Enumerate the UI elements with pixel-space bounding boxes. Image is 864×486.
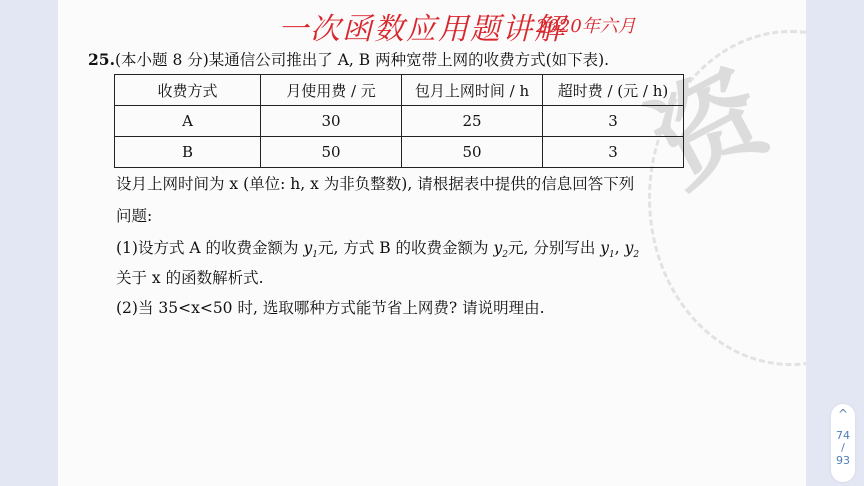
fee-table: 收费方式 月使用费 / 元 包月上网时间 / h 超时费 / (元 / h) A…	[114, 74, 684, 168]
part1-line-1: (1)设方式 A 的收费金额为 y1元, 方式 B 的收费金额为 y2元, 分别…	[116, 236, 639, 260]
table-cell: A	[115, 106, 261, 137]
total-pages: 93	[836, 454, 850, 467]
table-cell: 3	[543, 137, 684, 168]
handwritten-title: 一次函数应用题讲解	[278, 4, 566, 48]
question-intro-text: (本小题 8 分)某通信公司推出了 A, B 两种宽带上网的收费方式(如下表).	[115, 51, 609, 69]
var-y1-ref: y1	[600, 239, 615, 257]
part1-text-b: 元, 方式 B 的收费金额为	[318, 239, 494, 257]
table-cell: 3	[543, 106, 684, 137]
table-cell: 30	[261, 106, 402, 137]
var-y1: y1	[303, 239, 318, 257]
var-y2: y2	[493, 239, 508, 257]
question-number: 25.	[88, 50, 115, 69]
page-navigator[interactable]: ^ 74 / 93	[831, 404, 855, 482]
setup-line-1: 设月上网时间为 x (单位: h, x 为非负整数), 请根据表中提供的信息回答…	[116, 172, 634, 194]
part2-line: (2)当 35<x<50 时, 选取哪种方式能节省上网费? 请说明理由.	[116, 296, 545, 318]
table-row: B 50 50 3	[115, 137, 684, 168]
table-header-row: 收费方式 月使用费 / 元 包月上网时间 / h 超时费 / (元 / h)	[115, 75, 684, 106]
table-header: 月使用费 / 元	[261, 75, 402, 106]
table-cell: B	[115, 137, 261, 168]
table-cell: 50	[402, 137, 543, 168]
table-cell: 25	[402, 106, 543, 137]
scroll-up-icon[interactable]: ^	[838, 407, 848, 421]
table-header: 超时费 / (元 / h)	[543, 75, 684, 106]
table-row: A 30 25 3	[115, 106, 684, 137]
table-header: 收费方式	[115, 75, 261, 106]
table-cell: 50	[261, 137, 402, 168]
handwritten-date: 2020年六月	[536, 12, 636, 38]
var-y2-ref: y2	[625, 239, 640, 257]
part1-text-c: 元, 分别写出	[508, 239, 600, 257]
table-header: 包月上网时间 / h	[402, 75, 543, 106]
part1-text-a: (1)设方式 A 的收费金额为	[116, 239, 303, 257]
question-intro: 25.(本小题 8 分)某通信公司推出了 A, B 两种宽带上网的收费方式(如下…	[88, 48, 609, 70]
page-separator: /	[841, 442, 845, 454]
part1-line-2: 关于 x 的函数解析式.	[116, 266, 264, 288]
document-page: 资 一次函数应用题讲解 2020年六月 25.(本小题 8 分)某通信公司推出了…	[58, 0, 806, 486]
setup-line-2: 问题:	[116, 204, 152, 226]
